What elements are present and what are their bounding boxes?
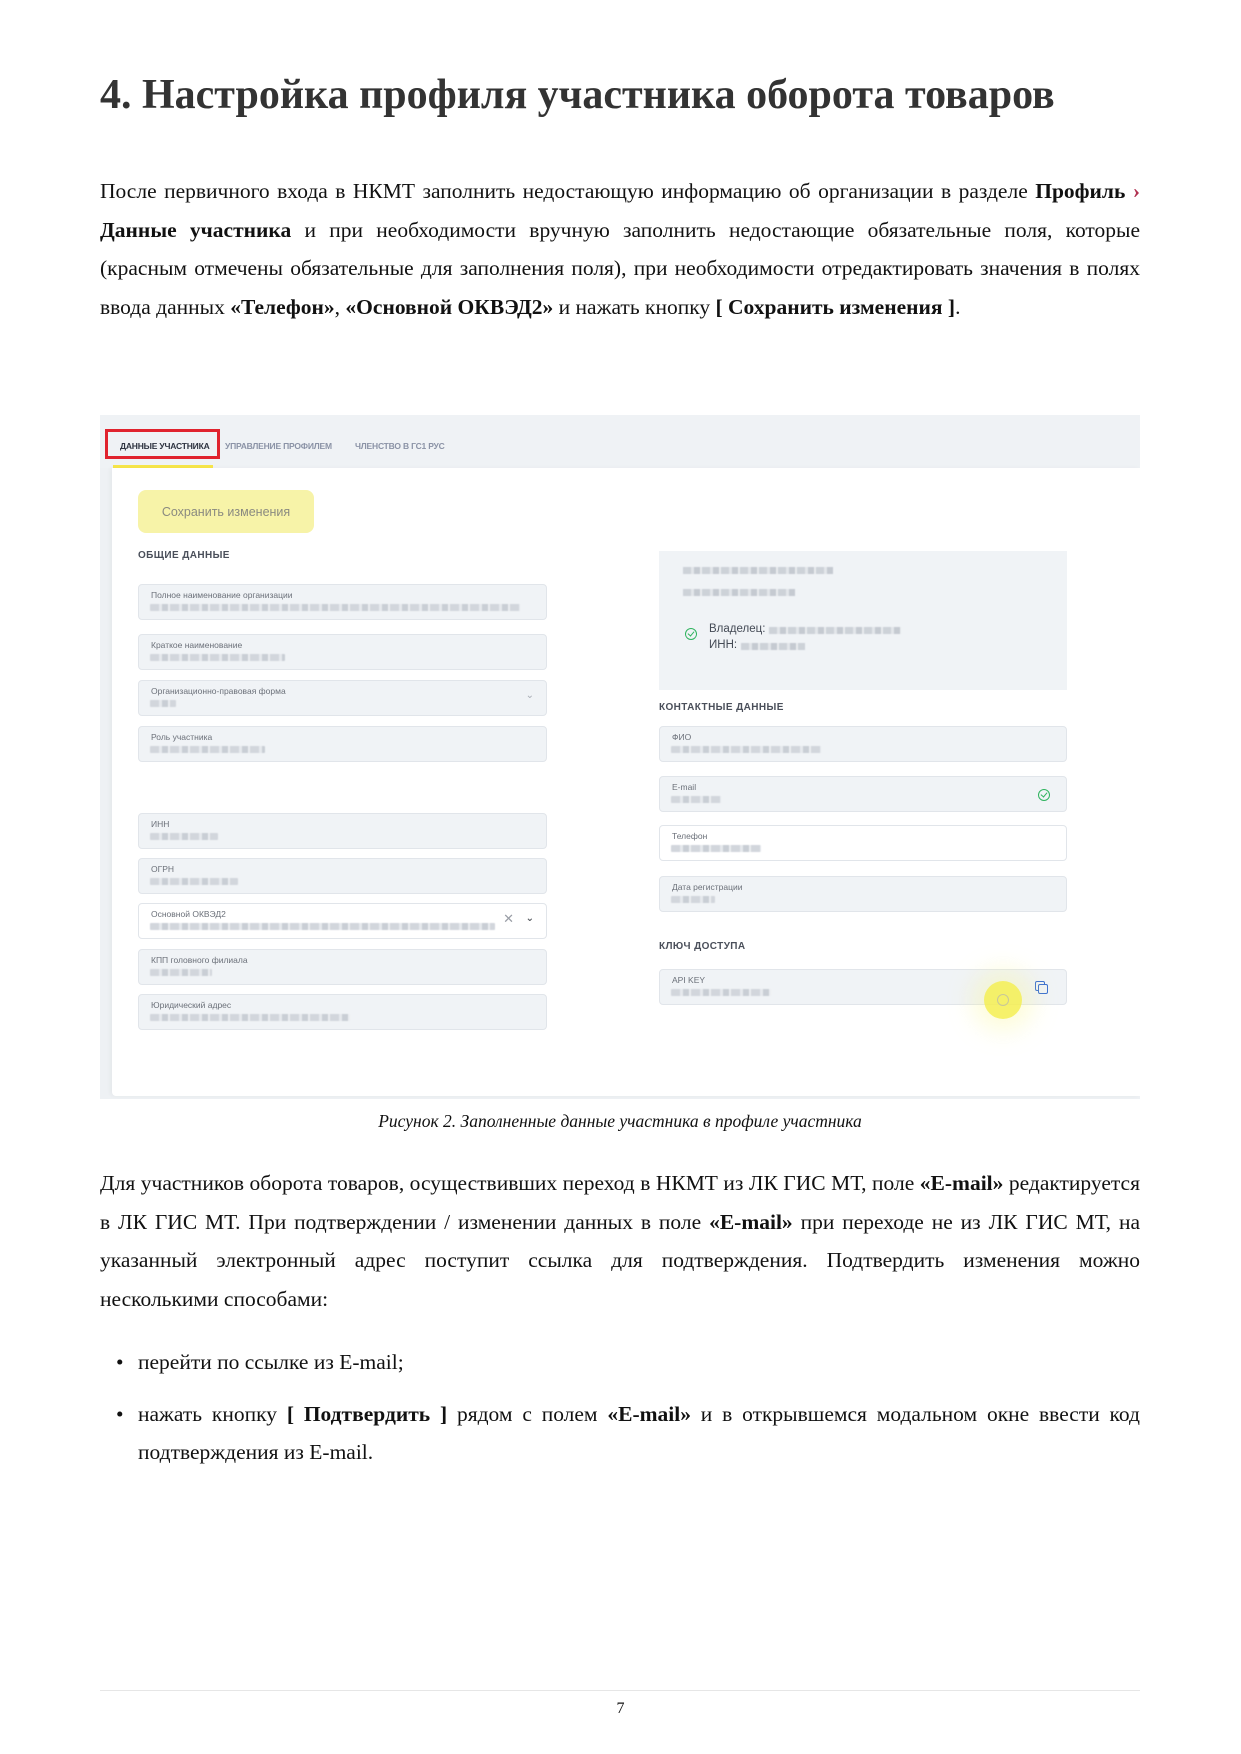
field-label: ИНН [151,819,169,829]
email-field[interactable]: E-mail [659,776,1067,812]
clear-icon[interactable]: ✕ [503,912,514,927]
blurred-value [150,833,218,840]
field-label: Телефон [672,831,707,841]
field-label: Основной ОКВЭД2 [151,909,226,919]
footer-divider [100,1690,1140,1691]
copy-icon[interactable] [1035,981,1045,991]
field-label: Организационно-правовая форма [151,686,286,696]
blurred-value [150,923,495,930]
field-label: ФИО [672,732,691,742]
owner-card: Владелец: ИНН: [659,551,1067,690]
blurred-value [150,746,265,753]
general-data-heading: ОБЩИЕ ДАННЫЕ [138,550,230,561]
text: и нажать кнопку [553,295,715,319]
highlight-frame [105,429,220,459]
save-changes-button[interactable]: Сохранить изменения [138,490,314,533]
field-label: Краткое наименование [151,640,242,650]
blurred-inn [741,643,805,650]
blurred-value [150,969,212,976]
intro-paragraph: После первичного входа в НКМТ заполнить … [100,172,1140,326]
blurred-value [671,746,821,753]
blurred-value [671,796,721,803]
blurred-value [150,604,520,611]
blurred-value [150,878,238,885]
bold-profile: Профиль [1035,179,1125,203]
confirmation-methods-list: перейти по ссылке из E-mail; нажать кноп… [100,1343,1140,1485]
field-label: КПП головного филиала [151,955,248,965]
blurred-value [150,700,176,707]
blurred-value [671,989,771,996]
section-heading: 4. Настройка профиля участника оборота т… [100,70,1140,120]
page-number: 7 [0,1700,1241,1718]
field-label: Полное наименование организации [151,590,293,600]
list-item: нажать кнопку [ Подтвердить ] рядом с по… [100,1395,1140,1472]
email-verified-icon [1038,789,1050,801]
phone-field[interactable]: Телефон [659,825,1067,861]
email-paragraph: Для участников оборота товаров, осуществ… [100,1164,1140,1318]
contact-data-heading: КОНТАКТНЫЕ ДАННЫЕ [659,702,784,713]
check-circle-icon [997,994,1009,1006]
blurred-value [671,896,715,903]
profile-form: Сохранить изменения ОБЩИЕ ДАННЫЕ Полное … [112,468,1140,1096]
text: рядом с полем [447,1402,607,1426]
blurred-value [671,845,761,852]
bold-participant-data: Данные участника [100,218,291,242]
field-label: Дата регистрации [672,882,742,892]
kpp-field[interactable]: КПП головного филиала [138,949,547,985]
bold-email: «E-mail» [920,1171,1004,1195]
inn-field[interactable]: ИНН [138,813,547,849]
owner-label: Владелец: [709,623,765,635]
blurred-person-name [683,589,795,596]
chevron-down-icon[interactable]: ⌄ [526,690,534,701]
text: нажать кнопку [138,1402,287,1426]
verified-check-icon [685,628,697,640]
blurred-value [150,654,285,661]
full-name-field[interactable]: Полное наименование организации [138,584,547,620]
owner-inn-label: ИНН: [709,639,737,651]
field-label: ОГРН [151,864,174,874]
full-name-contact-field[interactable]: ФИО [659,726,1067,762]
field-label: Юридический адрес [151,1000,231,1010]
tab-gs1-membership[interactable]: ЧЛЕНСТВО В ГС1 РУС [355,441,445,451]
okved2-select[interactable]: Основной ОКВЭД2 ✕ ⌄ [138,903,547,939]
registration-date-field[interactable]: Дата регистрации [659,876,1067,912]
access-key-heading: КЛЮЧ ДОСТУПА [659,941,746,952]
tab-profile-management[interactable]: УПРАВЛЕНИЕ ПРОФИЛЕМ [225,441,332,451]
field-label: API KEY [672,975,705,985]
bold-phone: «Телефон» [230,295,334,319]
text: Для участников оборота товаров, осуществ… [100,1171,920,1195]
bold-email: «E-mail» [607,1402,691,1426]
blurred-org-name [683,567,833,574]
bold-email: «E-mail» [709,1210,793,1234]
figure-caption: Рисунок 2. Заполненные данные участника … [100,1111,1140,1132]
breadcrumb-separator: › [1125,179,1140,203]
bold-confirm-button: [ Подтвердить ] [287,1402,447,1426]
list-item: перейти по ссылке из E-mail; [100,1343,1140,1382]
blurred-value [150,1014,350,1021]
text: . [955,295,960,319]
bold-okved: «Основной ОКВЭД2» [345,295,553,319]
participant-role-field[interactable]: Роль участника [138,726,547,762]
ogrn-field[interactable]: ОГРН [138,858,547,894]
bold-save-changes: [ Сохранить изменения ] [715,295,955,319]
field-label: E-mail [672,782,696,792]
tab-bar: ДАННЫЕ УЧАСТНИКА УПРАВЛЕНИЕ ПРОФИЛЕМ ЧЛЕ… [100,415,1140,468]
chevron-down-icon[interactable]: ⌄ [526,913,534,924]
text: После первичного входа в НКМТ заполнить … [100,179,1035,203]
short-name-field[interactable]: Краткое наименование [138,634,547,670]
profile-screenshot: ДАННЫЕ УЧАСТНИКА УПРАВЛЕНИЕ ПРОФИЛЕМ ЧЛЕ… [100,415,1140,1099]
legal-form-select[interactable]: Организационно-правовая форма ⌄ [138,680,547,716]
blurred-owner [769,627,901,634]
text: , [335,295,346,319]
text: перейти по ссылке из E-mail; [138,1350,404,1374]
field-label: Роль участника [151,732,212,742]
cursor-highlight [984,981,1022,1019]
legal-address-field[interactable]: Юридический адрес [138,994,547,1030]
